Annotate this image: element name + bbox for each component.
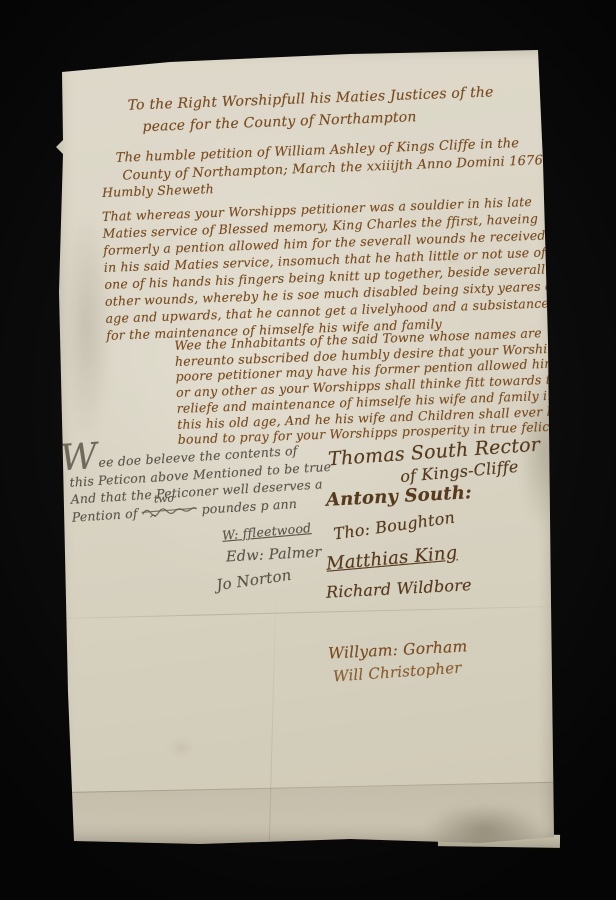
manuscript-paper: To the Right Worshipfull his Maties Just… (50, 42, 562, 848)
petition-subheading: The humble petition of William Ashley of… (115, 134, 543, 186)
salutation: Humbly Sheweth (102, 181, 214, 200)
body-paragraph-1: That whereas your Worshipps petitioner w… (102, 192, 559, 344)
caret-mark: ^ (149, 510, 159, 528)
signature-matthias-king: Matthias King (325, 542, 458, 574)
signature-boughton: Tho: Boughton (332, 508, 456, 544)
signature-norton: Jo Norton (215, 566, 292, 594)
annotation-line4-prefix: Pention of (71, 505, 138, 524)
body-paragraph-2: Wee the Inhabitants of the said Towne wh… (174, 324, 573, 448)
amendment: two^ (140, 501, 199, 523)
signature-fleetwood: W: ffleetwood (222, 520, 312, 543)
annotation-initial: W (60, 448, 98, 468)
signature-antony-south: Antony South: (326, 482, 473, 511)
fold-crease-middle (50, 606, 562, 620)
photo-background: To the Right Worshipfull his Maties Just… (0, 0, 616, 900)
inserted-word: two (153, 490, 174, 509)
signature-wildbore: Richard Wildbore (326, 575, 473, 602)
signature-palmer: Edw: Palmer (226, 545, 322, 566)
justices-annotation: W ee doe beleeve the contents of this Pe… (60, 440, 334, 528)
foxing-spot (170, 742, 192, 754)
document-heading: To the Right Worshipfull his Maties Just… (127, 81, 494, 138)
signature-christopher: Will Christopher (333, 659, 463, 686)
